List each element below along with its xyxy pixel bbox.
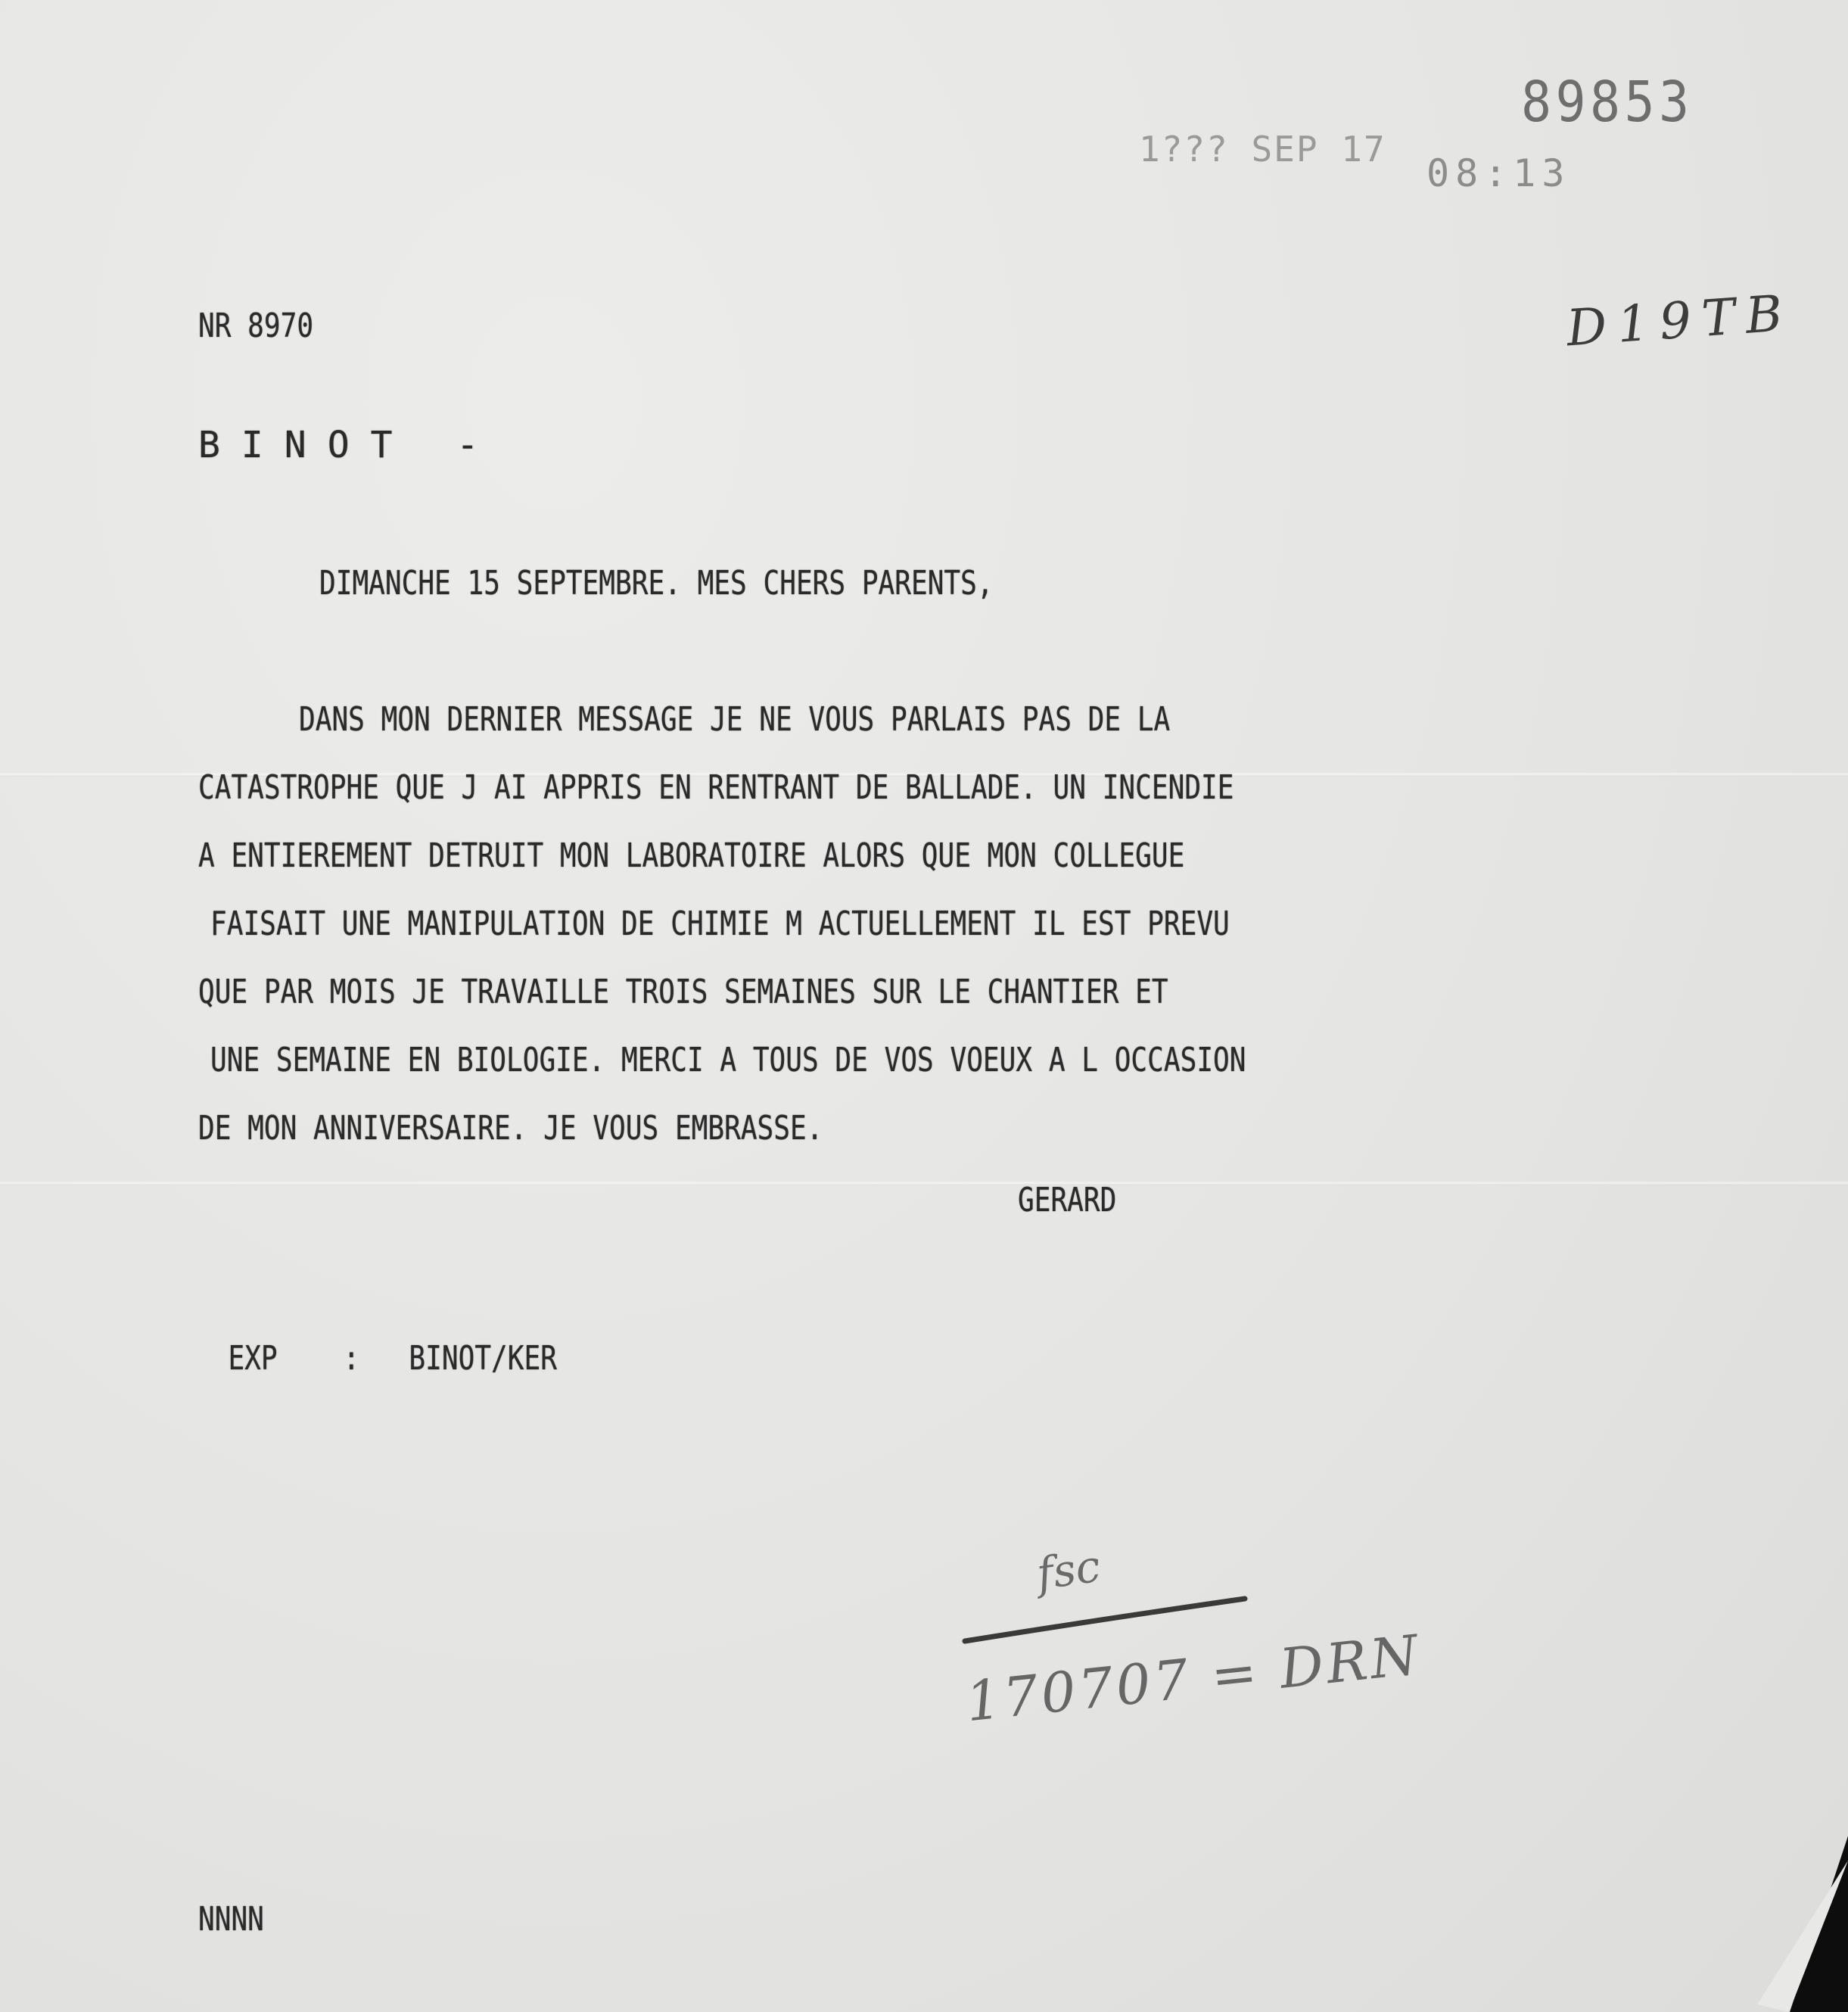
handwritten-divider-line (961, 1590, 1249, 1650)
body-line: FAISAIT UNE MANIPULATION DE CHIMIE M ACT… (210, 905, 1230, 943)
body-line: UNE SEMAINE EN BIOLOGIE. MERCI A TOUS DE… (210, 1041, 1246, 1079)
body-line: DE MON ANNIVERSAIRE. JE VOUS EMBRASSE. (198, 1109, 823, 1148)
sender-line: EXP : BINOT/KER (195, 1300, 557, 1378)
received-date-stamp: 1??? SEP 17 (1139, 129, 1386, 170)
received-time-stamp: 08:13 (1426, 151, 1571, 195)
sender-name: BINOT/KER (409, 1339, 557, 1378)
salutation: DIMANCHE 15 SEPTEMBRE. MES CHERS PARENTS… (319, 564, 994, 603)
sender-label: EXP (228, 1339, 277, 1378)
addressee: BINOT - (198, 424, 499, 466)
signature: GERARD (1018, 1181, 1116, 1219)
reference-number-stamp: 89853 (1521, 70, 1693, 135)
body-line: CATASTROPHE QUE J AI APPRIS EN RENTRANT … (198, 768, 1234, 807)
body-line: QUE PAR MOIS JE TRAVAILLE TROIS SEMAINES… (198, 973, 1168, 1011)
message-number: NR 8970 (198, 307, 313, 345)
body-line: A ENTIEREMENT DETRUIT MON LABORATOIRE AL… (198, 836, 1184, 875)
paper-crease (0, 1181, 1848, 1185)
end-marker: NNNN (198, 1900, 264, 1939)
body-line: DANS MON DERNIER MESSAGE JE NE VOUS PARL… (299, 700, 1170, 739)
sender-separator: : (344, 1339, 360, 1378)
